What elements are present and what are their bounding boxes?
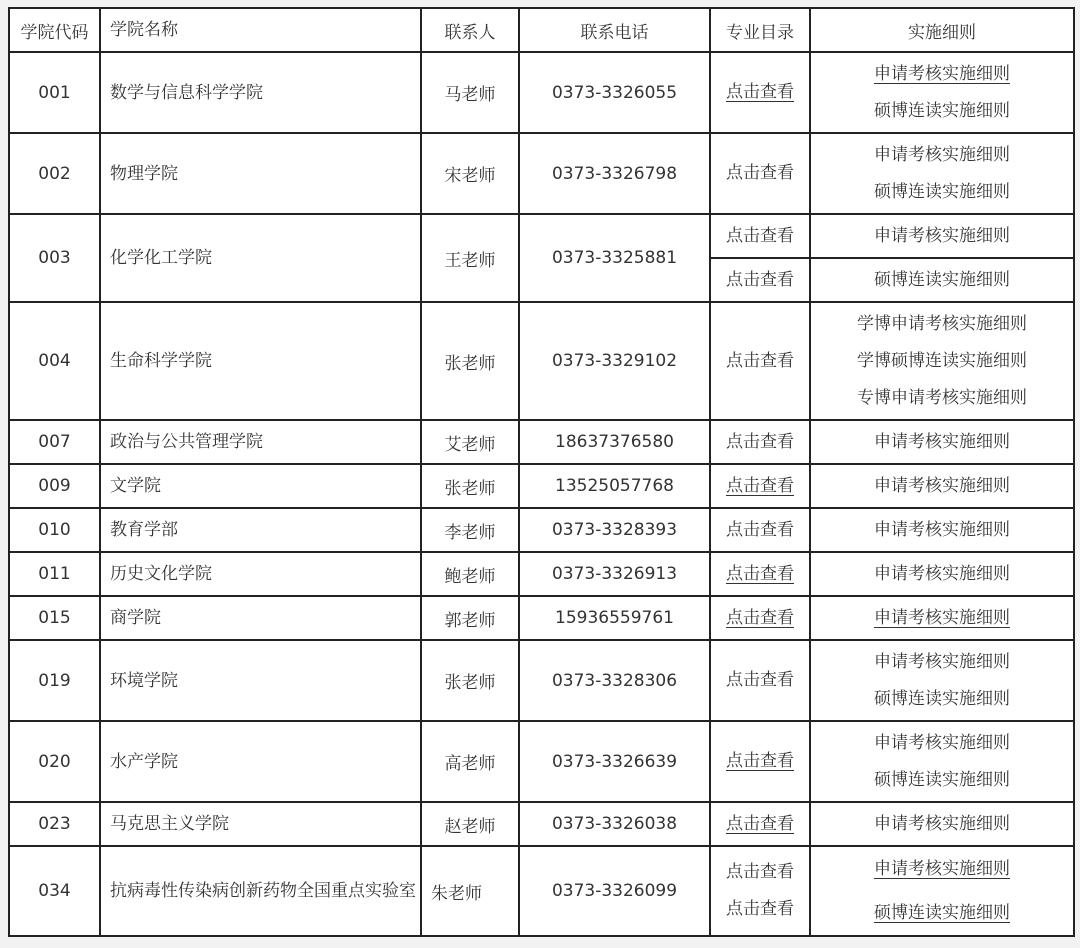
rules-link-application[interactable]: 申请考核实施细则	[811, 468, 1073, 505]
table-row: 011 历史文化学院 鲍老师 0373-3326913 点击查看 申请考核实施细…	[9, 552, 1074, 596]
header-catalog: 专业目录	[710, 8, 810, 52]
catalog-link[interactable]: 点击查看	[711, 218, 809, 255]
contact-person: 李老师	[421, 508, 519, 552]
college-name: 物理学院	[100, 133, 421, 214]
catalog-link[interactable]: 点击查看	[711, 600, 809, 637]
rules-link-application[interactable]: 申请考核实施细则	[811, 556, 1073, 593]
contact-phone: 0373-3329102	[519, 302, 710, 420]
table-row: 020 水产学院 高老师 0373-3326639 点击查看 申请考核实施细则 …	[9, 721, 1074, 802]
rules-link-combined[interactable]: 硕博连读实施细则	[811, 681, 1073, 718]
contact-phone: 0373-3326038	[519, 802, 710, 846]
rules-link-combined[interactable]: 硕博连读实施细则	[811, 762, 1073, 799]
rules-link-academic-combined[interactable]: 学博硕博连读实施细则	[811, 343, 1073, 380]
contact-phone: 0373-3325881	[519, 214, 710, 302]
rules-link-academic-application[interactable]: 学博申请考核实施细则	[811, 306, 1073, 343]
contact-person: 张老师	[421, 302, 519, 420]
rules-link-combined[interactable]: 硕博连读实施细则	[811, 93, 1073, 130]
catalog-link[interactable]: 点击查看	[711, 891, 809, 928]
contact-phone: 15936559761	[519, 596, 710, 640]
contact-person: 朱老师	[421, 846, 519, 936]
catalog-link[interactable]: 点击查看	[711, 262, 809, 299]
rules-link-combined[interactable]: 硕博连读实施细则	[811, 262, 1073, 299]
rules-link-application[interactable]: 申请考核实施细则	[811, 847, 1073, 891]
rules-link-professional-application[interactable]: 专博申请考核实施细则	[811, 380, 1073, 417]
college-name: 数学与信息科学学院	[100, 52, 421, 133]
college-name: 生命科学学院	[100, 302, 421, 420]
contact-phone: 0373-3326639	[519, 721, 710, 802]
rules-link-application[interactable]: 申请考核实施细则	[811, 644, 1073, 681]
college-code: 034	[9, 846, 100, 936]
contact-phone: 18637376580	[519, 420, 710, 464]
table-row: 034 抗病毒性传染病创新药物全国重点实验室 朱老师 0373-3326099 …	[9, 846, 1074, 936]
catalog-link[interactable]: 点击查看	[711, 556, 809, 593]
contact-phone: 0373-3326798	[519, 133, 710, 214]
table-row: 001 数学与信息科学学院 马老师 0373-3326055 点击查看 申请考核…	[9, 52, 1074, 133]
college-code: 003	[9, 214, 100, 302]
header-phone: 联系电话	[519, 8, 710, 52]
contact-phone: 0373-3326055	[519, 52, 710, 133]
college-code: 010	[9, 508, 100, 552]
table-row: 015 商学院 郭老师 15936559761 点击查看 申请考核实施细则	[9, 596, 1074, 640]
header-contact: 联系人	[421, 8, 519, 52]
college-code: 015	[9, 596, 100, 640]
contact-person: 马老师	[421, 52, 519, 133]
college-code: 009	[9, 464, 100, 508]
table-row: 004 生命科学学院 张老师 0373-3329102 点击查看 学博申请考核实…	[9, 302, 1074, 420]
catalog-link[interactable]: 点击查看	[711, 806, 809, 843]
college-name: 政治与公共管理学院	[100, 420, 421, 464]
rules-link-application[interactable]: 申请考核实施细则	[811, 424, 1073, 461]
contact-person: 鲍老师	[421, 552, 519, 596]
college-name: 文学院	[100, 464, 421, 508]
catalog-link[interactable]: 点击查看	[711, 662, 809, 699]
contact-phone: 0373-3328393	[519, 508, 710, 552]
contact-phone: 0373-3326099	[519, 846, 710, 936]
table-row: 007 政治与公共管理学院 艾老师 18637376580 点击查看 申请考核实…	[9, 420, 1074, 464]
college-name: 商学院	[100, 596, 421, 640]
college-code: 007	[9, 420, 100, 464]
contact-phone: 13525057768	[519, 464, 710, 508]
rules-link-combined[interactable]: 硕博连读实施细则	[811, 891, 1073, 935]
table-row: 010 教育学部 李老师 0373-3328393 点击查看 申请考核实施细则	[9, 508, 1074, 552]
contact-person: 高老师	[421, 721, 519, 802]
catalog-link[interactable]: 点击查看	[711, 74, 809, 111]
college-code: 001	[9, 52, 100, 133]
contact-person: 张老师	[421, 640, 519, 721]
contact-phone: 0373-3326913	[519, 552, 710, 596]
contact-person: 郭老师	[421, 596, 519, 640]
college-code: 023	[9, 802, 100, 846]
table-header-row: 学院代码 学院名称 联系人 联系电话 专业目录 实施细则	[9, 8, 1074, 52]
contact-person: 张老师	[421, 464, 519, 508]
college-name: 历史文化学院	[100, 552, 421, 596]
college-name: 教育学部	[100, 508, 421, 552]
contact-person: 王老师	[421, 214, 519, 302]
rules-link-application[interactable]: 申请考核实施细则	[811, 56, 1073, 93]
table-row: 019 环境学院 张老师 0373-3328306 点击查看 申请考核实施细则 …	[9, 640, 1074, 721]
college-name: 马克思主义学院	[100, 802, 421, 846]
rules-link-application[interactable]: 申请考核实施细则	[811, 218, 1073, 255]
rules-link-application[interactable]: 申请考核实施细则	[811, 725, 1073, 762]
contact-person: 艾老师	[421, 420, 519, 464]
catalog-link[interactable]: 点击查看	[711, 512, 809, 549]
contact-phone: 0373-3328306	[519, 640, 710, 721]
contact-person: 宋老师	[421, 133, 519, 214]
college-code: 020	[9, 721, 100, 802]
rules-link-application[interactable]: 申请考核实施细则	[811, 137, 1073, 174]
college-code: 019	[9, 640, 100, 721]
college-contact-table: 学院代码 学院名称 联系人 联系电话 专业目录 实施细则 001 数学与信息科学…	[8, 7, 1075, 937]
college-name: 抗病毒性传染病创新药物全国重点实验室	[100, 846, 421, 936]
college-code: 011	[9, 552, 100, 596]
catalog-link[interactable]: 点击查看	[711, 343, 809, 380]
catalog-link[interactable]: 点击查看	[711, 424, 809, 461]
table-row: 002 物理学院 宋老师 0373-3326798 点击查看 申请考核实施细则 …	[9, 133, 1074, 214]
catalog-link[interactable]: 点击查看	[711, 468, 809, 505]
rules-link-application[interactable]: 申请考核实施细则	[811, 600, 1073, 637]
table-row: 023 马克思主义学院 赵老师 0373-3326038 点击查看 申请考核实施…	[9, 802, 1074, 846]
rules-link-application[interactable]: 申请考核实施细则	[811, 512, 1073, 549]
header-college-code: 学院代码	[9, 8, 100, 52]
college-name: 水产学院	[100, 721, 421, 802]
college-code: 002	[9, 133, 100, 214]
header-rules: 实施细则	[810, 8, 1074, 52]
table-row: 003 化学化工学院 王老师 0373-3325881 点击查看 申请考核实施细…	[9, 214, 1074, 258]
rules-link-application[interactable]: 申请考核实施细则	[811, 806, 1073, 843]
table-row: 009 文学院 张老师 13525057768 点击查看 申请考核实施细则	[9, 464, 1074, 508]
catalog-link[interactable]: 点击查看	[711, 854, 809, 891]
college-name: 化学化工学院	[100, 214, 421, 302]
header-college-name: 学院名称	[100, 8, 421, 52]
rules-link-combined[interactable]: 硕博连读实施细则	[811, 174, 1073, 211]
catalog-link[interactable]: 点击查看	[711, 155, 809, 192]
college-name: 环境学院	[100, 640, 421, 721]
college-code: 004	[9, 302, 100, 420]
catalog-link[interactable]: 点击查看	[711, 743, 809, 780]
contact-person: 赵老师	[421, 802, 519, 846]
